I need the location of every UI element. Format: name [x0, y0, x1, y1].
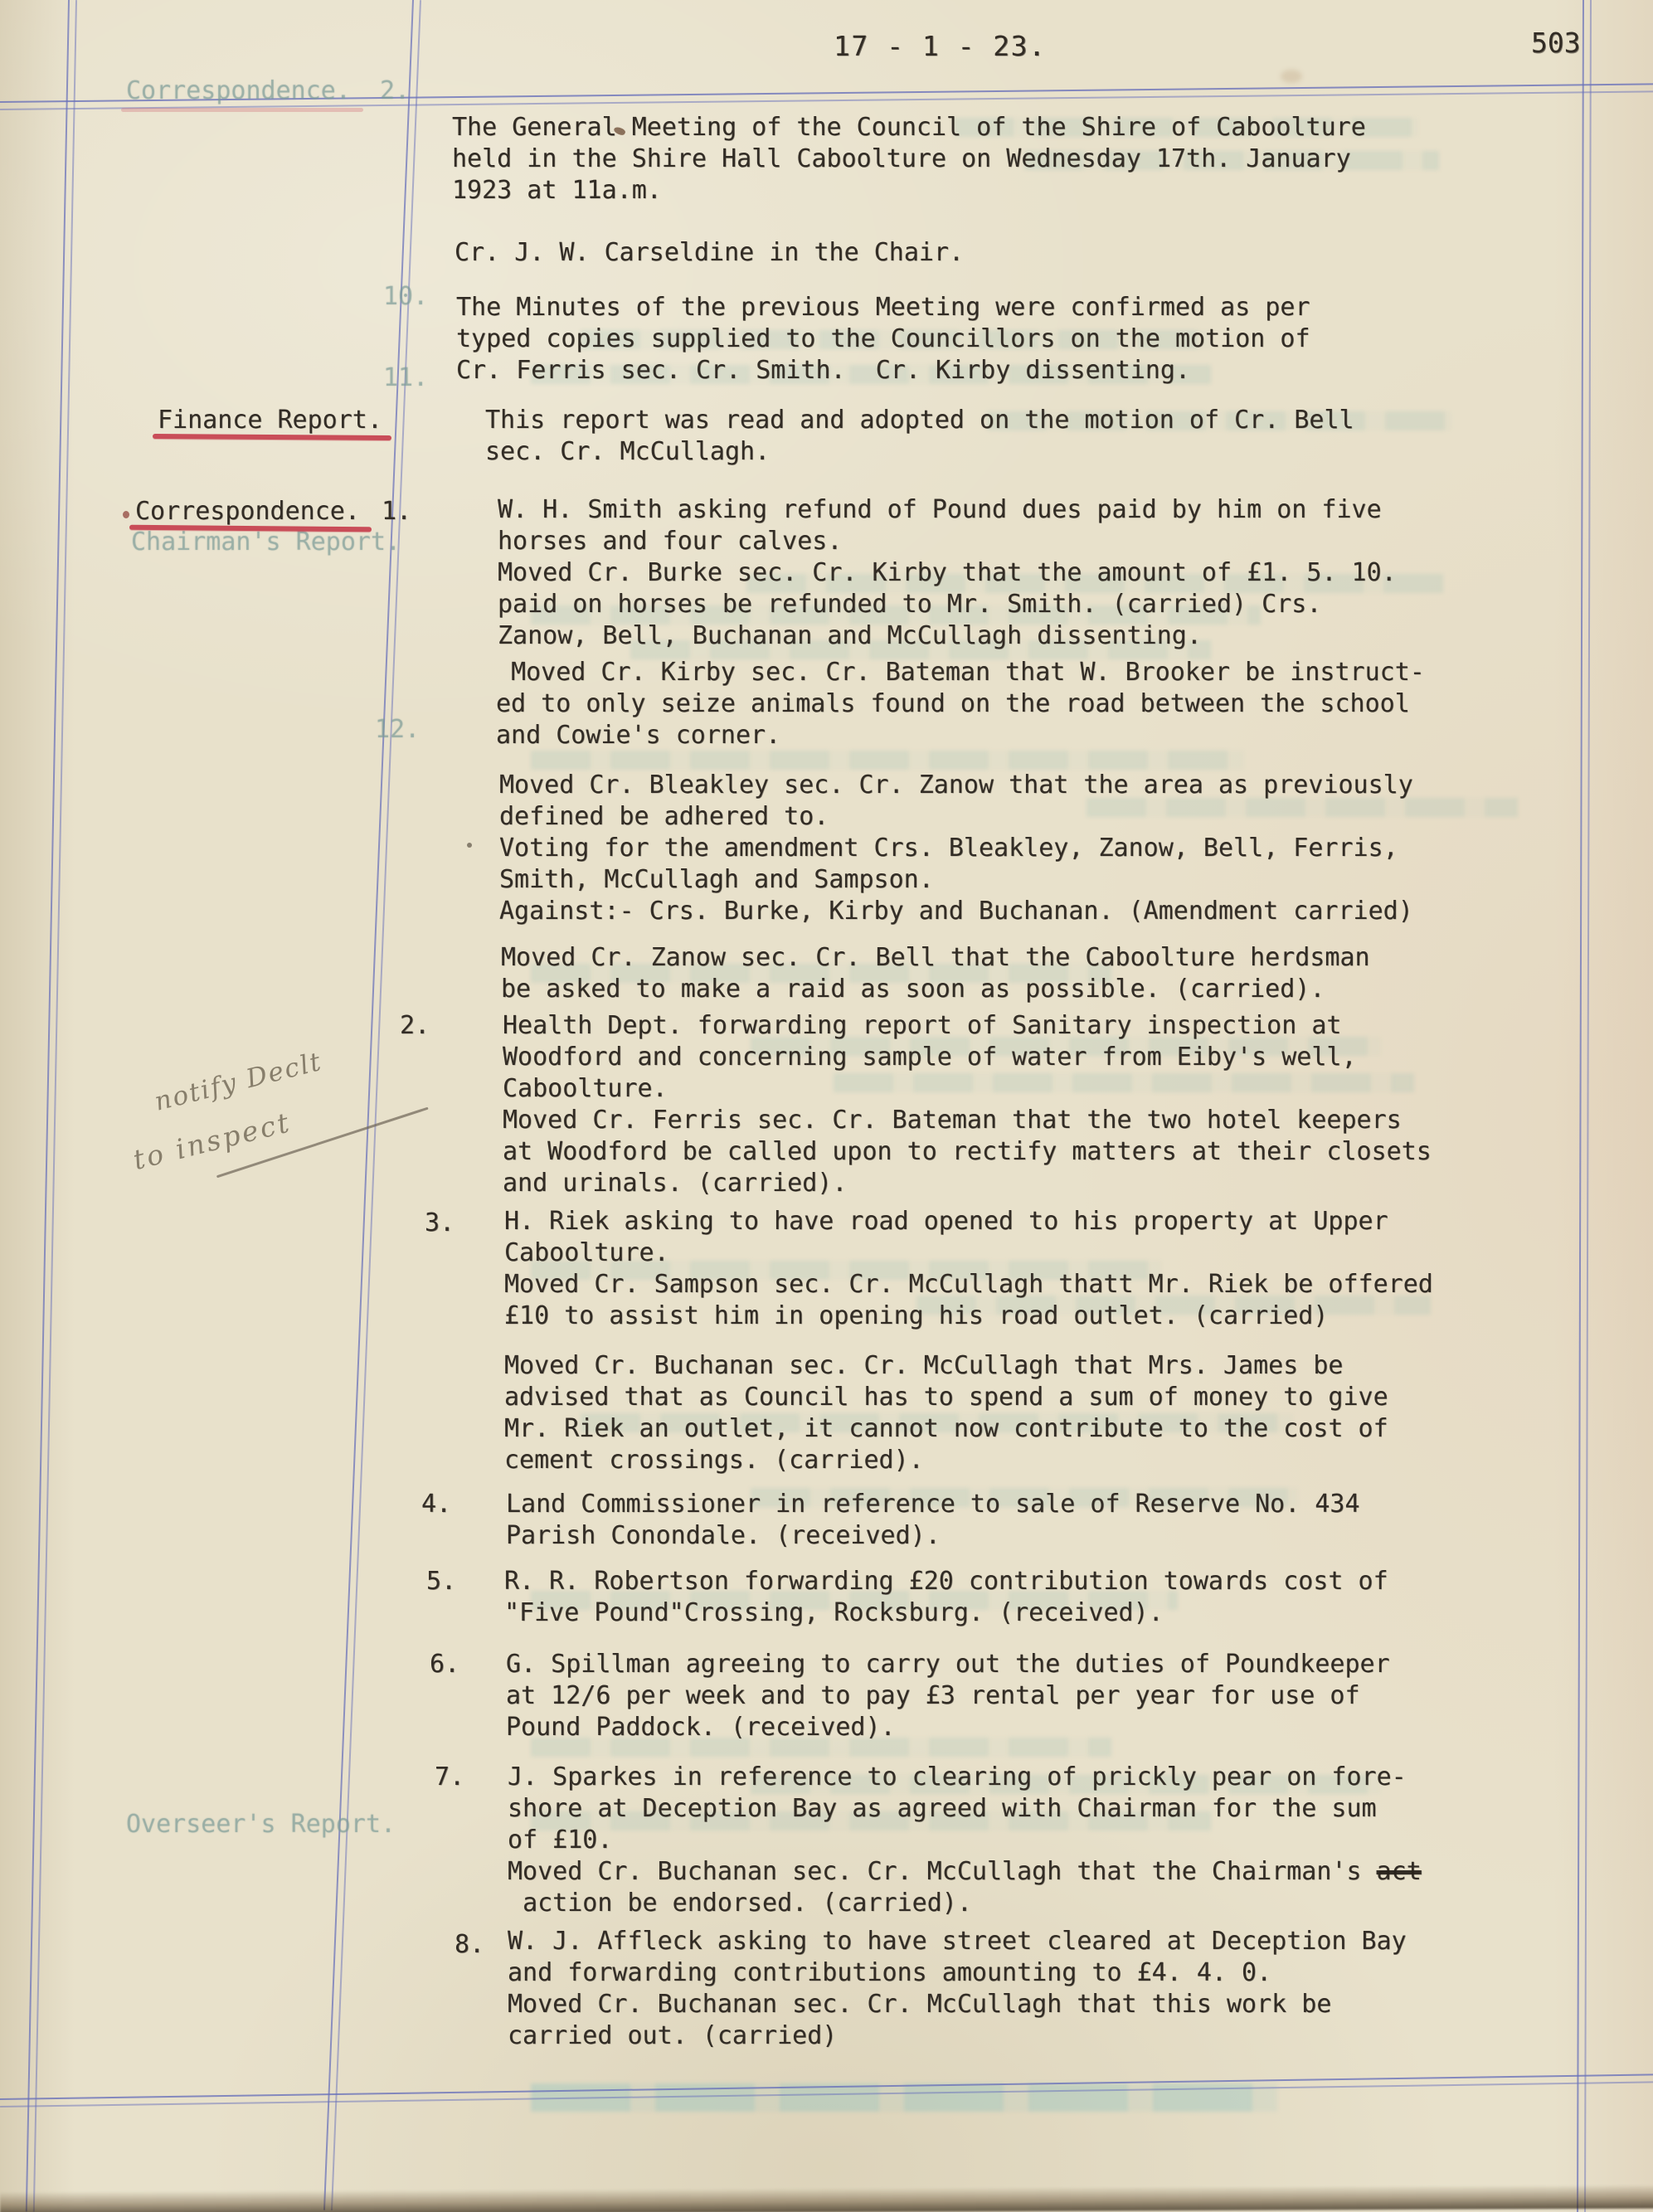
item-number-7: 7. [435, 1762, 464, 1793]
handwritten-note-line2: to inspect [130, 1106, 294, 1176]
finance-report-heading: Finance Report. [158, 405, 382, 436]
chairman-line: Cr. J. W. Carseldine in the Chair. [455, 237, 964, 269]
correspondence-item-1: W. H. Smith asking refund of Pound dues … [498, 494, 1397, 652]
item-number-6: 6. [430, 1649, 459, 1680]
motion-bleakley-zanow: Moved Cr. Bleakley sec. Cr. Zanow that t… [499, 770, 1413, 927]
correspondence-item-8: W. J. Affleck asking to have street clea… [508, 1926, 1407, 2052]
correspondence-item-3: H. Riek asking to have road opened to hi… [504, 1206, 1433, 1332]
opening-paragraph: The General Meeting of the Council of th… [452, 112, 1366, 207]
correspondence-item-5: R. R. Robertson forwarding £20 contribut… [504, 1566, 1388, 1629]
correspondence-heading: Correspondence. [135, 496, 360, 527]
ledger-page: Correspondence. 2. 10. 11. Chairman's Re… [0, 0, 1653, 2212]
ink-speck [123, 511, 129, 518]
motion-zanow-bell: Moved Cr. Zanow sec. Cr. Bell that the C… [501, 942, 1370, 1005]
item-number-1: 1. [382, 496, 411, 527]
ghost-item-number: 10. [383, 282, 428, 311]
item-number-3: 3. [425, 1208, 455, 1239]
motion-buchanan-mccullagh-james: Moved Cr. Buchanan sec. Cr. McCullagh th… [504, 1350, 1388, 1476]
correspondence-item-7: J. Sparkes in reference to clearing of p… [508, 1762, 1422, 1919]
item-7-struck-word: act [1377, 1857, 1422, 1886]
ghost-chairmans-report-heading: Chairman's Report. [131, 527, 401, 557]
correspondence-item-2: Health Dept. forwarding report of Sanita… [503, 1010, 1432, 1199]
item-number-4: 4. [421, 1489, 451, 1520]
ghost-red-underline [121, 108, 363, 112]
ghost-item-number: 12. [375, 715, 420, 744]
page-number: 503 [1531, 27, 1581, 59]
paper-stain [1281, 70, 1302, 83]
item-number-5: 5. [426, 1566, 456, 1597]
left-margin-rule [26, 0, 77, 2212]
correspondence-item-4: Land Commissioner in reference to sale o… [506, 1489, 1360, 1552]
minutes-paragraph: The Minutes of the previous Meeting were… [456, 292, 1310, 386]
ink-speck [467, 843, 472, 848]
ghost-item-number: 2. [380, 76, 410, 105]
correspondence-item-6: G. Spillman agreeing to carry out the du… [506, 1649, 1390, 1743]
ghost-overseers-report-heading: Overseer's Report. [126, 1810, 396, 1839]
right-margin-rule [1577, 0, 1592, 2212]
finance-report-paragraph: This report was read and adopted on the … [485, 405, 1354, 468]
motion-kirby-bateman: Moved Cr. Kirby sec. Cr. Bateman that W.… [496, 657, 1425, 751]
page-bottom-edge [0, 2185, 1653, 2212]
finance-report-underline [153, 434, 391, 440]
item-7-text-tail: action be endorsed. (carried). [508, 1889, 972, 1918]
handwritten-note-line1: notify Declt [152, 1047, 325, 1117]
item-number-8: 8. [455, 1929, 484, 1961]
bleed-through [531, 751, 1244, 770]
item-7-text: J. Sparkes in reference to clearing of p… [508, 1762, 1407, 1886]
ghost-correspondence-heading: Correspondence. [126, 76, 351, 105]
date-header: 17 - 1 - 23. [834, 30, 1046, 62]
ghost-item-number: 11. [383, 363, 428, 392]
